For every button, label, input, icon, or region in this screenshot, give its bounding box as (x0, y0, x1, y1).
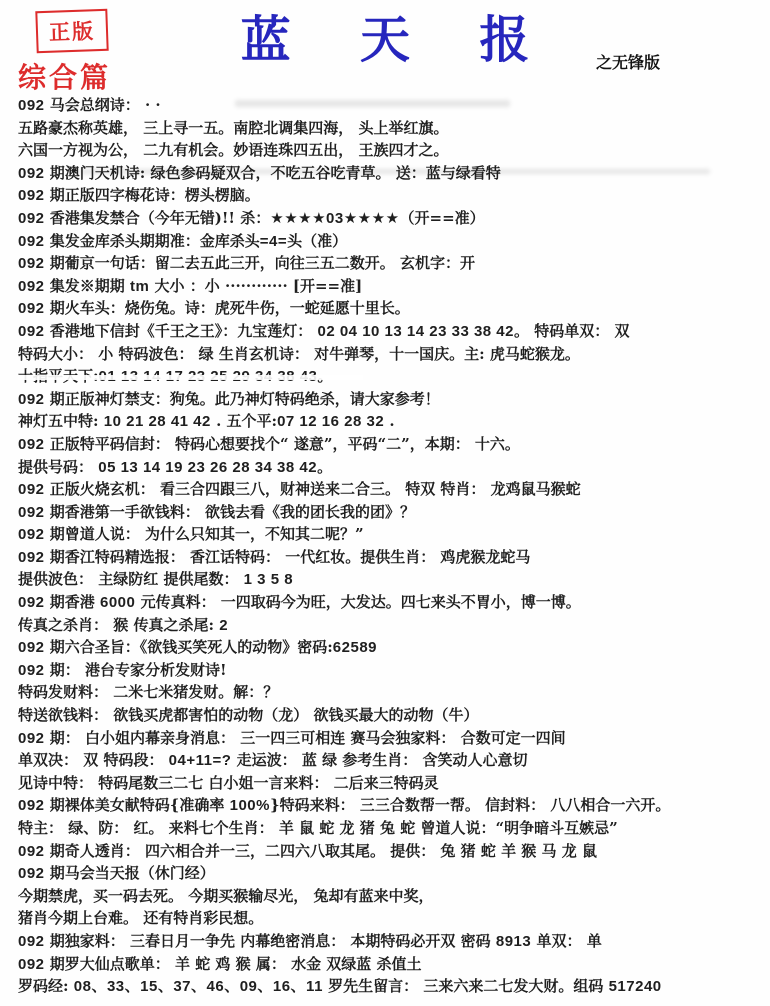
tip-line: 092 期奇人透肖： 四六相合并一三，二四六八取其尾。 提供： 兔 猪 蛇 羊 … (18, 840, 766, 863)
tip-text: 正版特平码信封： 特码心想要找个“ 遂意”，平码“二”，本期： 十六。 (45, 435, 520, 453)
tip-line: 六国一方视为公， 二九有机会。妙语连珠四五出， 王族四才之。 (18, 139, 766, 162)
tip-text: 期马会当天报（休门经） (45, 864, 215, 882)
tip-line: 092 期澳门天机诗: 绿色参码疑双合，不吃五谷吃青草。 送：蓝与绿看特 (18, 162, 766, 185)
tip-number: 2 (219, 617, 228, 634)
tip-line: 猪肖今期上台难。 还有特肖彩民想。 (18, 907, 766, 930)
tip-text: 单双决： 双 特码段： (18, 751, 169, 769)
tip-text: 特主： 绿、防： 红。 来料七个生肖： 羊 鼠 蛇 龙 猪 兔 蛇 曾道人说：“… (18, 819, 618, 837)
tip-text: 五路豪杰称英雄， 三上寻一五。南腔北调集四海， 头上举红旗。 (18, 119, 448, 137)
tip-number: 092 (18, 594, 45, 611)
tip-number: 092 (18, 843, 45, 860)
tip-number: 10 21 28 41 42 (104, 413, 211, 430)
tip-line: 提供号码： 05 13 14 19 23 26 28 34 38 42。 (18, 456, 766, 479)
tip-line: 特主： 绿、防： 红。 来料七个生肖： 羊 鼠 蛇 龙 猪 兔 蛇 曾道人说：“… (18, 817, 766, 840)
tip-line: 092 期正版四字梅花诗：楞头楞脑。 (18, 184, 766, 207)
tip-number: 517240 (609, 978, 662, 995)
tip-text: 见诗中特： 特码尾数三二七 白小姐一言来料： 二后来三特码灵 (18, 774, 439, 792)
tip-line: 特送欲钱料： 欲钱买虎都害怕的动物（龙） 欲钱买最大的动物（牛） (18, 704, 766, 727)
tip-text: 今期禁虎，买一码去死。 今期买猴输尽光， 兔却有蓝来中奖， (18, 887, 433, 905)
tip-line: 特码大小： 小 特码波色： 绿 生肖玄机诗： 对牛弹琴，十一国庆。主: 虎马蛇猴… (18, 343, 766, 366)
tip-line: 特码发财料： 二米七米猪发财。解：？ (18, 681, 766, 704)
tip-line: 092 期香港第一手欲钱料： 欲钱去看《我的团长我的团》？ (18, 501, 766, 524)
tip-number: ★★★★03★★★★ (270, 210, 399, 227)
tip-text: 元传真料： 一四取码今为旺，大发达。四七来头不胃小，博一博。 (135, 593, 580, 611)
tip-number: 08、33、15、37、46、09、16、11 (74, 978, 323, 995)
tip-text: 期香江特码精选报： 香江话特码： 一代红妆。提供生肖： 鸡虎猴龙蛇马 (45, 548, 531, 566)
tip-line: 092 正版特平码信封： 特码心想要找个“ 遂意”，平码“二”，本期： 十六。 (18, 433, 766, 456)
tip-number: 07 12 16 28 32 (277, 413, 384, 430)
tip-number: 092 (18, 391, 45, 408)
tip-text: . 五个平: (211, 412, 277, 430)
tip-line: 092 正版火烧玄机： 看三合四跟三八，财神送来二合三。 特双 特肖： 龙鸡鼠马… (18, 478, 766, 501)
tip-number: 100% (230, 797, 270, 814)
tip-number: 092 (18, 97, 45, 114)
tip-number: 092 (18, 323, 45, 340)
tip-line: 见诗中特： 特码尾数三二七 白小姐一言来料： 二后来三特码灵 (18, 772, 766, 795)
tip-number: 092 (18, 300, 45, 317)
tip-number: 8913 (496, 933, 531, 950)
tip-line: 092 期六合圣旨：《欲钱买笑死人的动物》密码:62589 (18, 636, 766, 659)
tip-line: 092 香港集发禁合（今年无错)!! 杀：★★★★03★★★★（开==准） (18, 207, 766, 230)
tip-number: 092 (18, 730, 45, 747)
tip-line: 神灯五中特: 10 21 28 41 42 . 五个平:07 12 16 28 … (18, 410, 766, 433)
section-heading: 综合篇 (18, 56, 111, 96)
tip-text: 期曾道人说： 为什么只知其一，不知其二呢？” (45, 525, 364, 543)
tip-text: 罗码经: (18, 977, 74, 995)
tip-line: 092 期正版神灯禁支：狗兔。此乃神灯特码绝杀，请大家参考！ (18, 388, 766, 411)
tip-text: 期： 港台专家分析发财诗! (45, 661, 227, 679)
tip-number: =4= (260, 233, 287, 250)
tip-line: 092 集发金库杀头期期准：金库杀头=4=头（准） (18, 230, 766, 253)
tip-number: 1 3 5 8 (244, 571, 293, 588)
tip-line: 092 集发※期期 tm 大小 ：小 ············ [开==准] (18, 275, 766, 298)
tip-text: 罗先生留言： 三来六来二七发大财。组码 (323, 977, 609, 995)
tip-number: 092 (18, 865, 45, 882)
tip-line: 092 期独家料： 三春日月一争先 内幕绝密消息： 本期特码必开双 密码 891… (18, 930, 766, 953)
tip-number: 092 (18, 436, 45, 453)
newspaper-page: 正版 蓝 天 报 之无锋版 综合篇 092 马会总纲诗： · ·五路豪杰称英雄，… (0, 0, 770, 1006)
tip-number: 092 (18, 233, 45, 250)
tip-line: 092 期罗大仙点歌单： 羊 蛇 鸡 猴 属： 水金 双绿蓝 杀值土 (18, 953, 766, 976)
tip-text: 走运波： 蓝 绿 参考生肖： 含笑动人心意切 (231, 751, 527, 769)
tip-number: 62589 (333, 639, 377, 656)
tip-text: 头（准） (287, 232, 347, 250)
tip-line: 单双决： 双 特码段： 04+11=? 走运波： 蓝 绿 参考生肖： 含笑动人心… (18, 749, 766, 772)
tip-line: 092 香港地下信封《千王之王》：九宝莲灯： 02 04 10 13 14 23… (18, 320, 766, 343)
tip-number: 092 (18, 549, 45, 566)
tip-text: }特码来料： 三三合数帮一帮。 信封料： 八八相合一六开。 (270, 796, 670, 814)
tip-text: 单双： 单 (531, 932, 601, 950)
tip-number: 092 (18, 210, 45, 227)
tip-text: 期奇人透肖： 四六相合并一三，二四六八取其尾。 提供： 兔 猪 蛇 羊 猴 马 … (45, 842, 597, 860)
tip-text: 期： 白小姐内幕亲身消息： 三一四三可相连 赛马会独家料： 合数可定一四间 (45, 729, 566, 747)
tip-text: 特码发财料： 二米七米猪发财。解：？ (18, 683, 278, 701)
tip-number: 02 04 10 13 14 23 33 38 42 (317, 323, 514, 340)
tip-number: 092 (18, 255, 45, 272)
tip-text: 传真之杀肖： 猴 传真之杀尾: (18, 616, 219, 634)
tip-text: 提供号码： (18, 458, 98, 476)
tip-text: 特送欲钱料： 欲钱买虎都害怕的动物（龙） 欲钱买最大的动物（牛） (18, 706, 478, 724)
tip-text: 期香港 (45, 593, 100, 611)
tip-text: 。 (317, 458, 332, 476)
tip-text: 提供波色： 主绿防红 提供尾数： (18, 570, 244, 588)
tip-text: 香港地下信封《千王之王》：九宝莲灯： (45, 322, 318, 340)
tip-text: 集发金库杀头期期准：金库杀头 (45, 232, 260, 250)
tip-number: 092 (18, 187, 45, 204)
tip-text: 香港集发禁合（今年无错)!! 杀： (45, 209, 271, 227)
tip-line: 092 期香港 6000 元传真料： 一四取码今为旺，大发达。四七来头不胃小，博… (18, 591, 766, 614)
tip-line: 092 期火车头：烧伤兔。诗：虎死牛伤，一蛇延愿十里长。 (18, 297, 766, 320)
tip-text: 神灯五中特: (18, 412, 104, 430)
tip-text: 期六合圣旨：《欲钱买笑死人的动物》密码: (45, 638, 333, 656)
tip-text: 。 (317, 367, 332, 385)
tip-text: 马会总纲诗： (45, 96, 140, 114)
tip-text: （开==准） (400, 209, 485, 227)
tip-text: . (384, 412, 394, 430)
tip-number: 092 (18, 639, 45, 656)
tip-text: 集发※期期 (45, 277, 130, 295)
tip-text: 期正版神灯禁支：狗兔。此乃神灯特码绝杀，请大家参考！ (45, 390, 440, 408)
tip-text: 十指平天下: (18, 367, 99, 385)
tips-list: 092 马会总纲诗： · ·五路豪杰称英雄， 三上寻一五。南腔北调集四海， 头上… (18, 94, 766, 998)
tip-text: 期澳门天机诗: 绿色参码疑双合，不吃五谷吃青草。 送：蓝与绿看特 (45, 164, 501, 182)
tip-number: 092 (18, 933, 45, 950)
tip-line: 092 期香江特码精选报： 香江话特码： 一代红妆。提供生肖： 鸡虎猴龙蛇马 (18, 546, 766, 569)
tip-number: 092 (18, 165, 45, 182)
tip-text: 六国一方视为公， 二九有机会。妙语连珠四五出， 王族四才之。 (18, 141, 448, 159)
tip-line: 092 期： 白小姐内幕亲身消息： 三一四三可相连 赛马会独家料： 合数可定一四… (18, 727, 766, 750)
tip-number: 05 13 14 19 23 26 28 34 38 42 (98, 459, 317, 476)
tip-number: 092 (18, 662, 45, 679)
tip-number: 6000 (100, 594, 135, 611)
tip-line: 092 马会总纲诗： · · (18, 94, 766, 117)
tip-line: 092 期马会当天报（休门经） (18, 862, 766, 885)
tip-number: 092 (18, 278, 45, 295)
edition-label: 之无锋版 (596, 50, 660, 73)
tip-line: 五路豪杰称英雄， 三上寻一五。南腔北调集四海， 头上举红旗。 (18, 117, 766, 140)
tip-text: 期香港第一手欲钱料： 欲钱去看《我的团长我的团》？ (45, 503, 415, 521)
tip-text: 特码大小： 小 特码波色： 绿 生肖玄机诗： 对牛弹琴，十一国庆。主: 虎马蛇猴… (18, 345, 580, 363)
tip-text: 正版火烧玄机： 看三合四跟三八，财神送来二合三。 特双 特肖： 龙鸡鼠马猴蛇 (45, 480, 581, 498)
tip-line: 罗码经: 08、33、15、37、46、09、16、11 罗先生留言： 三来六来… (18, 975, 766, 998)
tip-line: 传真之杀肖： 猴 传真之杀尾: 2 (18, 614, 766, 637)
tip-text: 期裸体美女献特码{准确率 (45, 796, 230, 814)
tip-number: 092 (18, 481, 45, 498)
tip-line: 十指平天下:01 13 14 17 23 25 29 34 38 43。 (18, 365, 766, 388)
tip-number: 092 (18, 526, 45, 543)
tip-line: 今期禁虎，买一码去死。 今期买猴输尽光， 兔却有蓝来中奖， (18, 885, 766, 908)
tip-number: 04+11=? (169, 752, 232, 769)
tip-line: 092 期曾道人说： 为什么只知其一，不知其二呢？” (18, 523, 766, 546)
tip-text: 期独家料： 三春日月一争先 内幕绝密消息： 本期特码必开双 密码 (45, 932, 496, 950)
tip-number: 092 (18, 956, 45, 973)
tip-line: 092 期： 港台专家分析发财诗! (18, 659, 766, 682)
tip-text: 大小 ：小 ············ [开==准] (149, 277, 362, 295)
tip-text: 期正版四字梅花诗：楞头楞脑。 (45, 186, 260, 204)
tip-text: · · (140, 96, 161, 114)
tip-text: 期罗大仙点歌单： 羊 蛇 鸡 猴 属： 水金 双绿蓝 杀值土 (45, 955, 422, 973)
tip-number: 01 13 14 17 23 25 29 34 38 43 (99, 368, 318, 385)
tip-line: 提供波色： 主绿防红 提供尾数： 1 3 5 8 (18, 568, 766, 591)
tip-number: tm (130, 278, 149, 295)
tip-number: 092 (18, 797, 45, 814)
tip-line: 092 期葡京一句话：留二去五此三开，向往三五二数开。 玄机字：开 (18, 252, 766, 275)
tip-text: 。 特码单双： 双 (514, 322, 629, 340)
tip-number: 092 (18, 504, 45, 521)
tip-text: 期葡京一句话：留二去五此三开，向往三五二数开。 玄机字：开 (45, 254, 475, 272)
tip-line: 092 期裸体美女献特码{准确率 100%}特码来料： 三三合数帮一帮。 信封料… (18, 794, 766, 817)
tip-text: 猪肖今期上台难。 还有特肖彩民想。 (18, 909, 263, 927)
tip-text: 期火车头：烧伤兔。诗：虎死牛伤，一蛇延愿十里长。 (45, 299, 410, 317)
